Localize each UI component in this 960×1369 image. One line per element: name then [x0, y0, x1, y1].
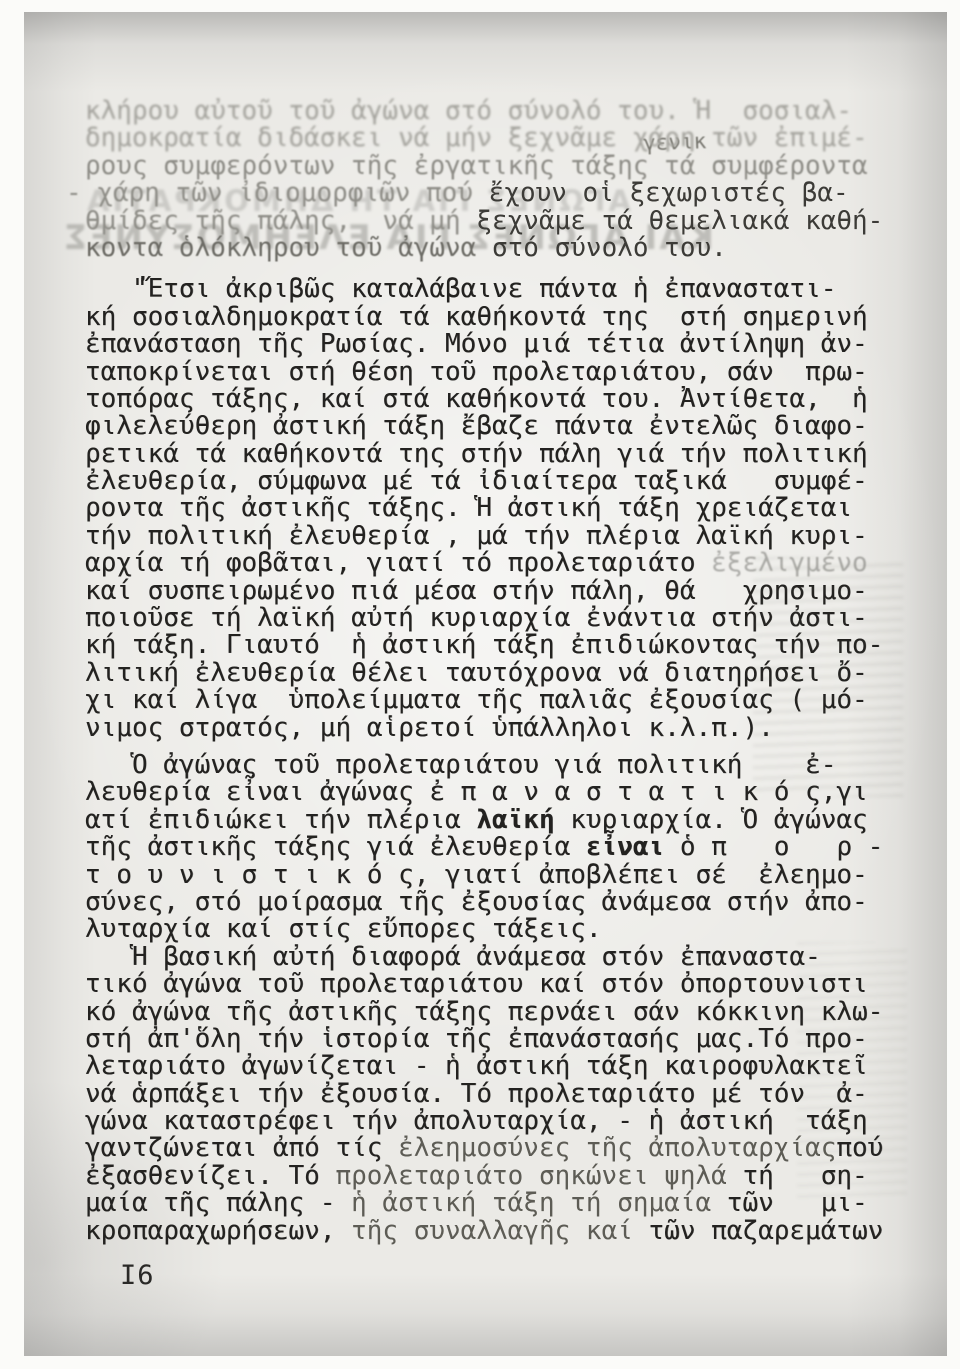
text-line: τ ο υ ν ι σ τ ι κ ό ς, γιατί ἀποβλέπει σ… — [85, 862, 897, 889]
text-line: τήν πολιτική ἐλευθερία , μά τήν πλέρια λ… — [85, 523, 897, 550]
text-line: γαντζώνεται ἀπό τίς ἐλεημοσύνες τῆς ἀπολ… — [85, 1135, 897, 1162]
text-line: λιτική ἐλευθερία θέλει ταυτόχρονα νά δια… — [85, 660, 897, 687]
text-line: τικό ἀγώνα τοῦ προλεταριάτου καί στόν ὀπ… — [85, 971, 897, 998]
text-line: ποιοῦσε τή λαϊκή αὐτή κυριαρχία ἐνάντια … — [85, 605, 897, 632]
text-line: κό ἀγώνα τῆς ἀστικῆς τάξης περνάει σάν κ… — [85, 999, 897, 1026]
text-line: γώνα καταστρέφει τήν ἀπολυταρχία, - ἡ ἀσ… — [85, 1108, 897, 1135]
text-segment: προλεταριάτο σηκώνει ψηλά — [335, 1161, 726, 1191]
text-line: κλήρου αὐτοῦ τοῦ ἀγώνα στό σύνολό του. Ἡ… — [85, 98, 897, 125]
text-line: κή τάξη. Γιαυτό ἡ ἀστική τάξη ἐπιδιώκοντ… — [85, 632, 897, 659]
text-line: κοντα ὁλόκληρου τοῦ ἀγώνα στό σύνολό του… — [85, 235, 897, 262]
text-line: κή σοσιαλδημοκρατία τά καθήκοντά της στή… — [85, 304, 897, 331]
text-segment: ταποκρίνεται στή θέση τοῦ προλεταριάτου,… — [85, 357, 868, 387]
text-segment: ροντα τῆς ἀστικῆς τάξης. Ἡ ἀστική τάξη χ… — [85, 493, 852, 523]
text-line: λυταρχία καί στίς εὔπορες τάξεις. — [85, 916, 897, 943]
text-line: λεταριάτο ἀγωνίζεται - ἡ ἀστική τάξη και… — [85, 1053, 897, 1080]
text-segment: Ἡ βασική αὐτή διαφορά ἀνάμεσα στόν ἐπανα… — [85, 942, 821, 972]
text-segment: μαία τῆς πάλης - — [85, 1188, 351, 1218]
text-segment: στή ἀπ'ὅλη τήν ἱστορία τῆς ἐπανάστασής μ… — [85, 1024, 868, 1054]
text-segment: λυταρχία καί στίς εὔπορες τάξεις. — [85, 914, 602, 944]
text-segment: - χάρη τῶν ἰδιομορφιῶν πού — [66, 178, 489, 208]
text-line: ροντα τῆς ἀστικῆς τάξης. Ἡ ἀστική τάξη χ… — [85, 495, 897, 522]
scanned-page: ΑΓΩΝΕΣ ΓΙΑ ΤΗ ΔΗΜΟΚΡΑΤΙΑ ΚΑΙ ΑΓΩΝΕΣ ΓΙΑ … — [24, 12, 947, 1356]
text-line: ρετικά τά καθήκοντά της στήν πάλη γιά τή… — [85, 441, 897, 468]
text-line: ἐλευθερία, σύμφωνα μέ τά ἰδιαίτερα ταξικ… — [85, 468, 897, 495]
text-line: δημοκρατία διδάσκει νά μήν ξεχνᾶμε χάρη … — [85, 125, 897, 152]
text-segment: ἐξασθενίζει. Τό — [85, 1161, 335, 1191]
text-segment: "Ἔτσι ἀκριβῶς καταλάβαινε πάντα ἡ ἐπανασ… — [85, 274, 836, 304]
text-segment: ξεχνᾶμε τά θεμελιακά καθή- — [476, 206, 883, 236]
text-line: στή ἀπ'ὅλη τήν ἱστορία τῆς ἐπανάστασής μ… — [85, 1026, 897, 1053]
text-segment: σύνες, στό μοίρασμα τῆς ἐξουσίας ἀνάμεσα… — [85, 887, 868, 917]
text-segment: τοπόρας τάξης, καί στά καθήκοντά του. Ἀν… — [85, 384, 868, 414]
paragraph-2: "Ἔτσι ἀκριβῶς καταλάβαινε πάντα ἡ ἐπανασ… — [85, 276, 897, 742]
text-segment: Ὁ ἀγώνας τοῦ προλεταριάτου γιά πολιτική … — [85, 750, 836, 780]
text-segment: τή ση- — [727, 1161, 868, 1191]
text-segment: τῆς συναλλαγῆς καί — [351, 1216, 633, 1246]
text-segment: ρετικά τά καθήκοντά της στήν πάλη γιά τή… — [85, 439, 868, 469]
text-line: ατί ἐπιδιώκει τήν πλέρια λαϊκή κυριαρχία… — [85, 807, 897, 834]
text-segment: λιτική ἐλευθερία θέλει ταυτόχρονα νά δια… — [85, 658, 868, 688]
text-line: θμίδες τῆς πάλης, νά μή ξεχνᾶμε τά θεμελ… — [85, 208, 897, 235]
text-segment: αρχία τή φοβᾶται, γιατί τό προλεταριάτο — [85, 548, 711, 578]
text-line: κροπαραχωρήσεων, τῆς συναλλαγῆς καί τῶν … — [85, 1218, 897, 1245]
text-segment: στό σύνολό του. — [492, 233, 727, 263]
text-segment: λαϊκή — [476, 805, 554, 835]
text-line: ἐπανάσταση τῆς Ρωσίας. Μόνο μιά τέτια ἀν… — [85, 331, 897, 358]
text-segment: καί συσπειρωμένο πιά μέσα στήν πάλη, θά … — [85, 576, 868, 606]
text-segment: ατί ἐπιδιώκει τήν πλέρια — [85, 805, 476, 835]
text-segment: τῆς ἀστικῆς τάξης γιά ἐλευθερία — [85, 832, 586, 862]
text-segment: κό ἀγώνα τῆς ἀστικῆς τάξης περνάει σάν κ… — [85, 997, 883, 1027]
text-line: ρους συμφερόντων τῆς ἐργατικῆς τάξης τά … — [85, 153, 897, 180]
text-segment: τ ο υ ν ι σ τ ι κ ό ς, γιατί ἀποβλέπει σ… — [85, 860, 868, 890]
text-line: μαία τῆς πάλης - ἡ ἀστική τάξη τή σημαία… — [85, 1190, 897, 1217]
text-line: - χάρη τῶν ἰδιομορφιῶν πού ἔχουν οἱ ξεχω… — [85, 180, 897, 207]
text-line: χι καί λίγα ὑπολείμματα τῆς παλιᾶς ἐξουσ… — [85, 687, 897, 714]
text-segment: τῶν παζαρεμάτων — [633, 1216, 883, 1246]
text-block: γενικ κλήρου αὐτοῦ τοῦ ἀγώνα στό σύνολό … — [85, 86, 897, 1245]
text-segment: ρους συμφερόντων τῆς ἐργατικῆς τάξης τά … — [85, 151, 868, 181]
text-line: σύνες, στό μοίρασμα τῆς ἐξουσίας ἀνάμεσα… — [85, 889, 897, 916]
text-line: τῆς ἀστικῆς τάξης γιά ἐλευθερία εἶναι ὁ … — [85, 834, 897, 861]
text-segment: ἐξελιγμένο — [711, 548, 868, 578]
text-segment: νά ἁρπάξει τήν ἐξουσία. Τό προλεταριάτο … — [85, 1079, 868, 1109]
scanned-document-screenshot: { "document": { "kind": "scanned typewri… — [0, 0, 960, 1369]
text-segment: κροπαραχωρήσεων, — [85, 1216, 351, 1246]
text-segment: κή σοσιαλδημοκρατία τά καθήκοντά της στή… — [85, 302, 868, 332]
text-segment: φιλελεύθερη ἀστική τάξη ἔβαζε πάντα ἐντε… — [85, 411, 868, 441]
text-segment: κή τάξη. Γιαυτό ἡ ἀστική τάξη ἐπιδιώκοντ… — [85, 630, 883, 660]
text-segment: κοντα ὁλόκληρου τοῦ ἀγώνα — [85, 233, 492, 263]
text-segment: γαντζώνεται ἀπό τίς — [85, 1133, 398, 1163]
text-line: "Ἔτσι ἀκριβῶς καταλάβαινε πάντα ἡ ἐπανασ… — [85, 276, 897, 303]
page-number: I6 — [120, 1260, 155, 1291]
text-line: νιμος στρατός, μή αἱρετοί ὑπάλληλοι κ.λ.… — [85, 715, 897, 742]
paragraph-4: Ἡ βασική αὐτή διαφορά ἀνάμεσα στόν ἐπανα… — [85, 944, 897, 1245]
text-segment: ἔχουν οἱ ξεχωριστές βα- — [489, 178, 849, 208]
text-line: φιλελεύθερη ἀστική τάξη ἔβαζε πάντα ἐντε… — [85, 413, 897, 440]
text-segment: ἐλεημοσύνες τῆς ἀπολυταρχίας — [398, 1133, 836, 1163]
text-segment: κλήρου αὐτοῦ τοῦ ἀγώνα στό σύνολό του. Ἡ… — [85, 96, 852, 126]
paragraph-3: Ὁ ἀγώνας τοῦ προλεταριάτου γιά πολιτική … — [85, 752, 897, 944]
text-segment: γώνα καταστρέφει τήν ἀπολυταρχία, - ἡ ἀσ… — [85, 1106, 868, 1136]
text-segment: πού — [836, 1133, 883, 1163]
text-segment: δημοκρατία διδάσκει νά μήν ξεχνᾶμε χάρη … — [85, 123, 868, 153]
text-segment: θμίδες τῆς πάλης, νά μή — [85, 206, 476, 236]
text-line: ἐξασθενίζει. Τό προλεταριάτο σηκώνει ψηλ… — [85, 1163, 897, 1190]
text-segment: τικό ἀγώνα τοῦ προλεταριάτου καί στόν ὀπ… — [85, 969, 868, 999]
text-segment: ἐπανάσταση τῆς Ρωσίας. Μόνο μιά τέτια ἀν… — [85, 329, 868, 359]
text-line: Ὁ ἀγώνας τοῦ προλεταριάτου γιά πολιτική … — [85, 752, 897, 779]
text-line: Ἡ βασική αὐτή διαφορά ἀνάμεσα στόν ἐπανα… — [85, 944, 897, 971]
text-segment: ὁ π ο ρ - — [664, 832, 883, 862]
text-segment: νιμος στρατός, μή αἱρετοί ὑπάλληλοι κ.λ.… — [85, 713, 774, 743]
text-segment: ποιοῦσε τή λαϊκή αὐτή κυριαρχία ἐνάντια … — [85, 603, 868, 633]
paragraph-1-faded: κλήρου αὐτοῦ τοῦ ἀγώνα στό σύνολό του. Ἡ… — [85, 98, 897, 262]
text-line: λευθερία εἶναι ἀγώνας ἐ π α ν α σ τ α τ … — [85, 779, 897, 806]
text-segment: ἐλευθερία, σύμφωνα μέ τά ἰδιαίτερα ταξικ… — [85, 466, 868, 496]
text-segment: λεταριάτο ἀγωνίζεται - ἡ ἀστική τάξη και… — [85, 1051, 868, 1081]
text-line: τοπόρας τάξης, καί στά καθήκοντά του. Ἀν… — [85, 386, 897, 413]
text-line: νά ἁρπάξει τήν ἐξουσία. Τό προλεταριάτο … — [85, 1081, 897, 1108]
text-segment: εἶναι — [586, 832, 664, 862]
text-segment: ἡ ἀστική τάξη τή σημαία — [351, 1188, 711, 1218]
text-line: αρχία τή φοβᾶται, γιατί τό προλεταριάτο … — [85, 550, 897, 577]
text-segment: κυριαρχία. Ὁ ἀγώνας — [555, 805, 868, 835]
text-segment: χι καί λίγα ὑπολείμματα τῆς παλιᾶς ἐξουσ… — [85, 685, 868, 715]
text-line: καί συσπειρωμένο πιά μέσα στήν πάλη, θά … — [85, 578, 897, 605]
text-segment: λευθερία εἶναι ἀγώνας ἐ π α ν α σ τ α τ … — [85, 777, 868, 807]
text-segment: τῶν μι- — [711, 1188, 868, 1218]
text-segment: τήν πολιτική ἐλευθερία , μά τήν πλέρια λ… — [85, 521, 868, 551]
text-line: ταποκρίνεται στή θέση τοῦ προλεταριάτου,… — [85, 359, 897, 386]
